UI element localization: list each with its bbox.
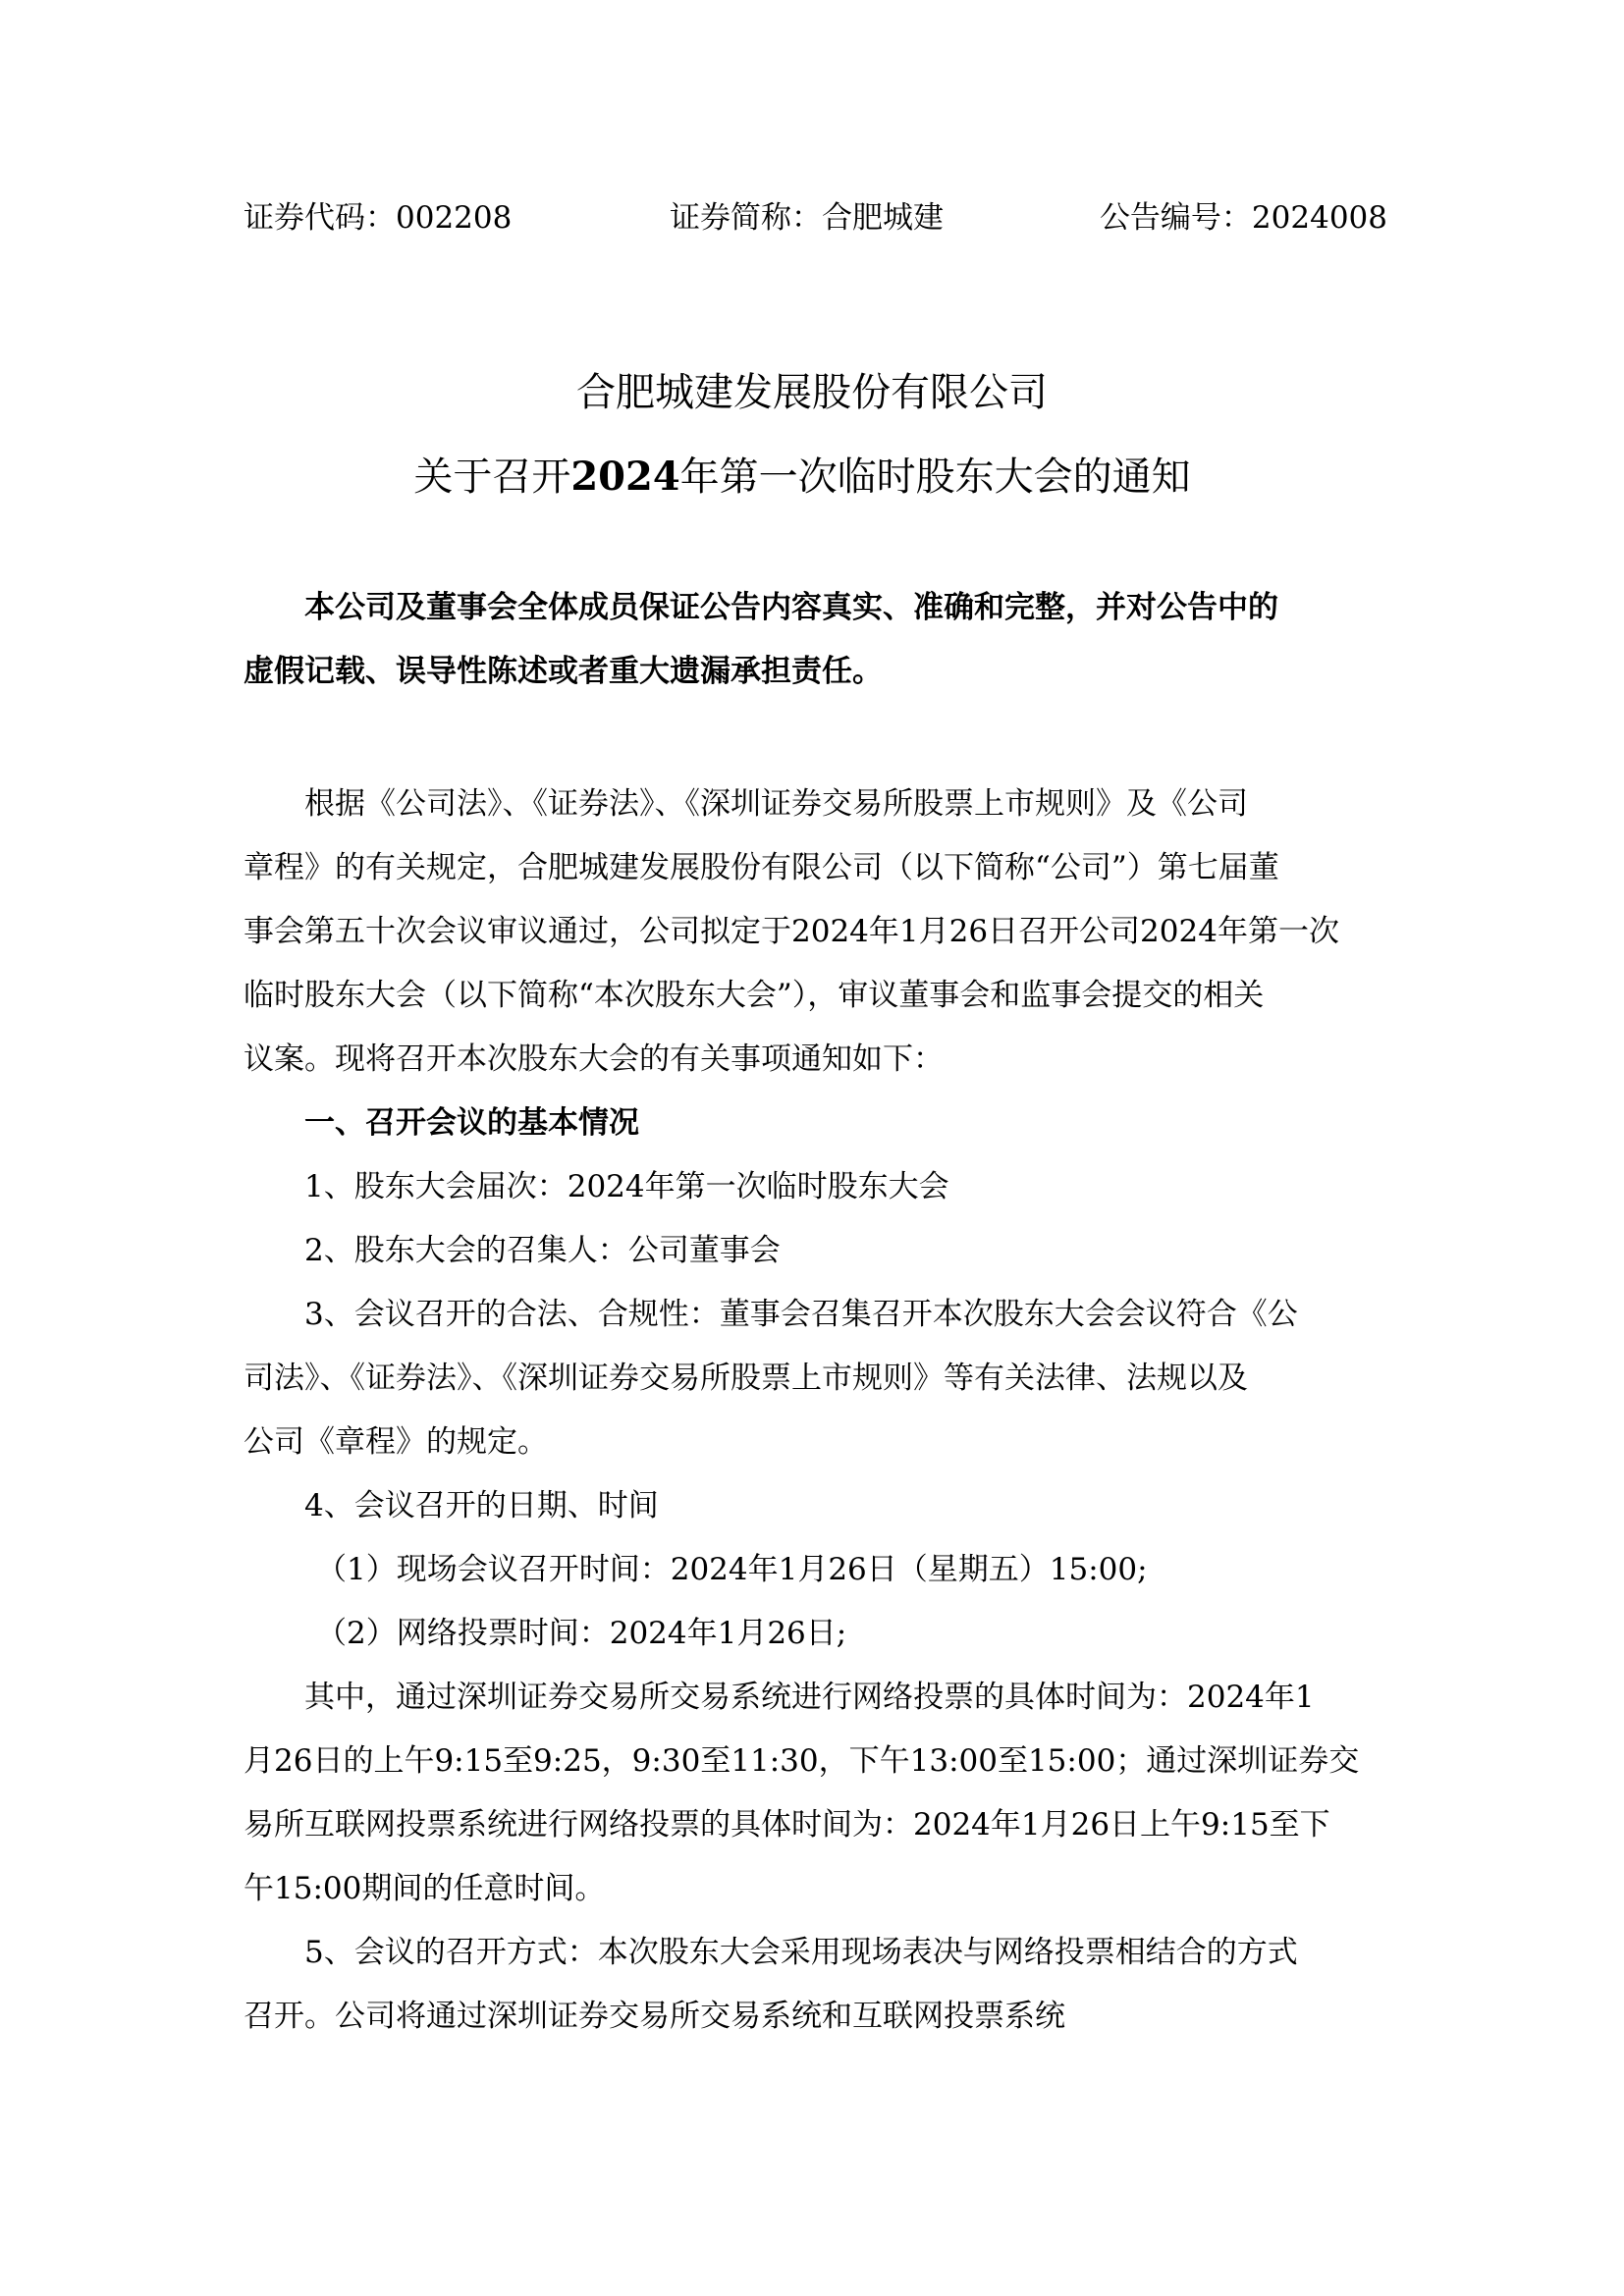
item-3-line-2: 司法》、《证券法》、《深圳证券交易所股票上市规则》等有关法律、法规以及 <box>244 1357 1248 1400</box>
notice-title-prefix: 关于召开 <box>413 454 570 500</box>
intro-line-1: 根据《公司法》、《证券法》、《深圳证券交易所股票上市规则》及《公司 <box>304 782 1248 826</box>
voting-detail-line-4: 午15:00期间的任意时间。 <box>244 1867 605 1910</box>
item-3-line-1: 3、会议召开的合法、合规性：董事会召集召开本次股东大会会议符合《公 <box>304 1293 1298 1336</box>
voting-detail-line-1: 其中，通过深圳证券交易所交易系统进行网络投票的具体时间为：2024年1 <box>304 1676 1315 1719</box>
online-voting-time: （2）网络投票时间：2024年1月26日; <box>316 1612 846 1655</box>
intro-line-2: 章程》的有关规定，合肥城建发展股份有限公司（以下简称“公司”）第七届董 <box>244 846 1279 889</box>
intro-line-3: 事会第五十次会议审议通过，公司拟定于2024年1月26日召开公司2024年第一次 <box>244 910 1339 953</box>
voting-detail-line-3: 易所互联网投票系统进行网络投票的具体时间为：2024年1月26日上午9:15至下 <box>244 1803 1330 1846</box>
stock-abbreviation: 证券简称：合肥城建 <box>670 196 944 240</box>
notice-title: 关于召开2024年第一次临时股东大会的通知 <box>0 450 1614 505</box>
item-4-heading: 4、会议召开的日期、时间 <box>304 1484 659 1527</box>
intro-line-5: 议案。现将召开本次股东大会的有关事项通知如下： <box>244 1038 944 1081</box>
statement-line-2: 虚假记载、误导性陈述或者重大遗漏承担责任。 <box>244 650 883 693</box>
onsite-meeting-time: （1）现场会议召开时间：2024年1月26日（星期五）15:00; <box>316 1548 1148 1591</box>
announcement-header: 证券代码：002208 证券简称：合肥城建 公告编号：2024008 <box>244 196 1387 240</box>
stock-code: 证券代码：002208 <box>244 196 512 240</box>
notice-title-year: 2024 <box>570 454 679 500</box>
announcement-number: 公告编号：2024008 <box>1100 196 1387 240</box>
intro-line-4: 临时股东大会（以下简称“本次股东大会”），审议董事会和监事会提交的相关 <box>244 974 1264 1017</box>
item-1: 1、股东大会届次：2024年第一次临时股东大会 <box>304 1165 949 1208</box>
item-3-line-3: 公司《章程》的规定。 <box>244 1420 548 1464</box>
item-2: 2、股东大会的召集人：公司董事会 <box>304 1229 781 1272</box>
voting-detail-line-2: 月26日的上午9:15至9:25，9:30至11:30，下午13:00至15:0… <box>244 1739 1359 1783</box>
section-heading: 一、召开会议的基本情况 <box>304 1101 639 1145</box>
statement-line-1: 本公司及董事会全体成员保证公告内容真实、准确和完整，并对公告中的 <box>304 586 1278 629</box>
item-5-line-2: 召开。公司将通过深圳证券交易所交易系统和互联网投票系统 <box>244 1995 1065 2038</box>
item-5-line-1: 5、会议的召开方式：本次股东大会采用现场表决与网络投票相结合的方式 <box>304 1931 1298 1974</box>
company-name-title: 合肥城建发展股份有限公司 <box>0 365 1624 420</box>
notice-title-suffix: 年第一次临时股东大会的通知 <box>680 454 1191 500</box>
document-page: 证券代码：002208 证券简称：合肥城建 公告编号：2024008 合肥城建发… <box>0 0 1624 2296</box>
